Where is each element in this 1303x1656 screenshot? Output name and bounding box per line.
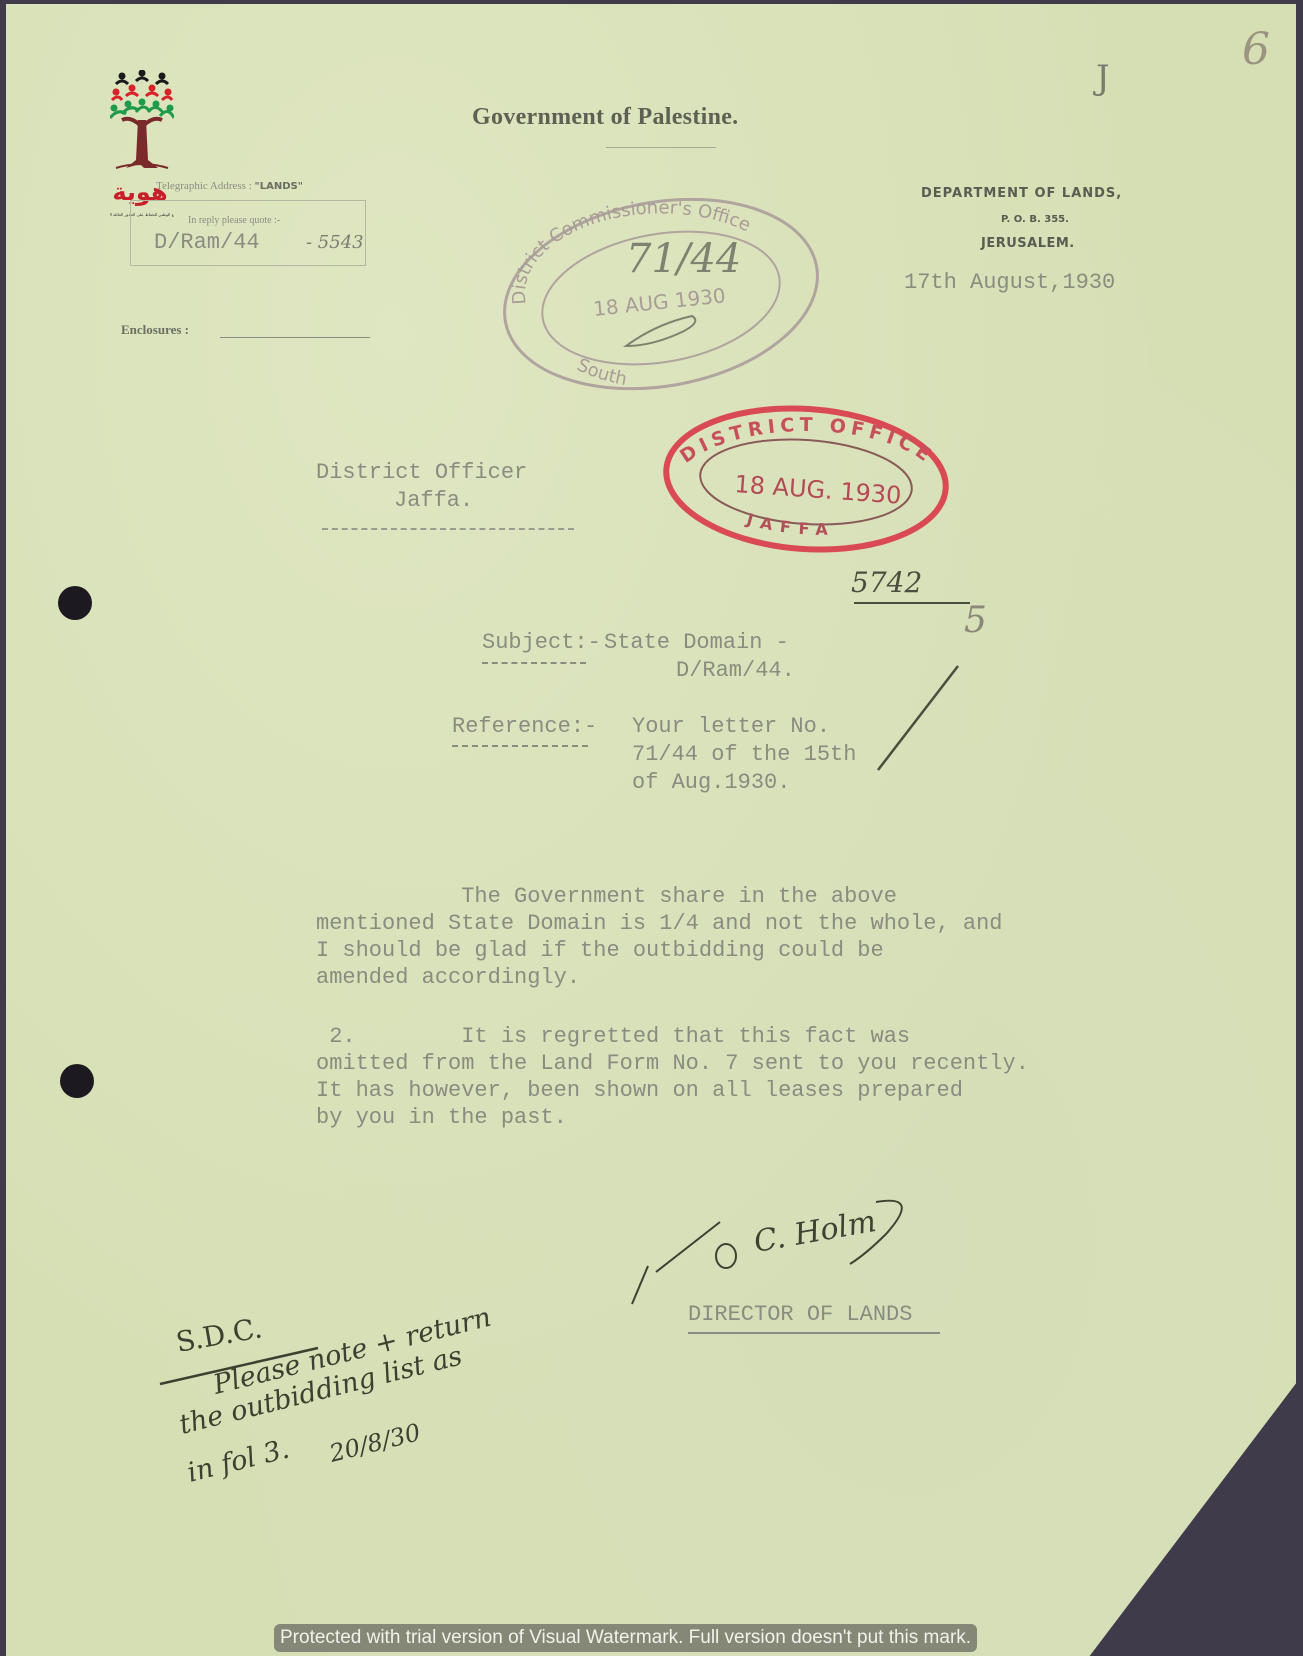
signer-title: DIRECTOR OF LANDS — [688, 1302, 912, 1327]
svg-text:in fol 3.: in fol 3. — [184, 1434, 292, 1489]
reply-reference-handwritten: - 5543 — [306, 232, 364, 253]
letterhead-title: Government of Palestine. — [472, 104, 738, 131]
reference-line-1: Your letter No. — [632, 714, 830, 739]
signature: C. Holm — [626, 1194, 946, 1314]
subject-line-2: D/Ram/44. — [676, 658, 795, 683]
body-paragraph-2-line: by you in the past. — [316, 1105, 567, 1130]
tree-logo-icon: هوية المشروع الوطني للحفاظ على الجذور ال… — [110, 70, 174, 220]
letter-page: هوية المشروع الوطني للحفاظ على الجذور ال… — [6, 4, 1296, 1656]
margin-mark: 5 — [964, 600, 987, 641]
body-paragraph-2-line: omitted from the Land Form No. 7 sent to… — [316, 1051, 1029, 1076]
svg-text:S.D.C.: S.D.C. — [173, 1311, 264, 1359]
handwritten-note: S.D.C. Please note + return the outbiddi… — [156, 1294, 576, 1524]
title-rule — [606, 147, 716, 148]
telegraphic-address: Telegraphic Address : "LANDS" — [156, 180, 303, 192]
commissioner-stamp: District Commissioner's Office South 18 … — [496, 194, 826, 394]
district-officer-stamp: DISTRICT OFFICE JAFFA 18 AUG. 1930 — [656, 394, 956, 564]
corner-mark-j: J — [1096, 58, 1110, 98]
po-box: P. O. B. 355. — [1001, 214, 1069, 225]
reply-reference: D/Ram/44 — [154, 230, 260, 255]
city: JERUSALEM. — [981, 236, 1075, 251]
body-paragraph-2-line: 2. It is regretted that this fact was — [316, 1024, 910, 1049]
reference-line-3: of Aug.1930. — [632, 770, 790, 795]
folio-number: 6 — [1242, 24, 1270, 75]
svg-text:18 AUG 1930: 18 AUG 1930 — [592, 283, 727, 321]
addressee-line-1: District Officer — [316, 460, 527, 485]
enclosures-line — [220, 337, 370, 338]
department-name: DEPARTMENT OF LANDS, — [921, 186, 1122, 201]
body-paragraph-1-line: I should be glad if the outbidding could… — [316, 938, 884, 963]
subject-label: Subject:- — [482, 630, 601, 655]
addressee-rule — [322, 528, 574, 530]
svg-text:20/8/30: 20/8/30 — [326, 1418, 424, 1468]
svg-text:C. Holm: C. Holm — [751, 1204, 878, 1260]
body-paragraph-1-line: The Government share in the above — [316, 884, 897, 909]
telegraphic-label: Telegraphic Address : — [156, 180, 252, 192]
svg-text:JAFFA: JAFFA — [744, 509, 836, 539]
letter-date: 17th August,1930 — [904, 270, 1115, 295]
punch-hole — [60, 1064, 94, 1098]
addressee-line-2: Jaffa. — [394, 488, 473, 513]
body-paragraph-2-line: It has however, been shown on all leases… — [316, 1078, 963, 1103]
telegraphic-value: "LANDS" — [255, 181, 303, 192]
body-paragraph-1-line: amended accordingly. — [316, 965, 580, 990]
body-paragraph-1-line: mentioned State Domain is 1/4 and not th… — [316, 911, 1003, 936]
margin-stroke — [874, 664, 964, 774]
svg-text:71/44: 71/44 — [626, 236, 741, 282]
reference-label: Reference:- — [452, 714, 597, 739]
svg-text:18 AUG. 1930: 18 AUG. 1930 — [734, 470, 903, 510]
watermark-banner: Protected with trial version of Visual W… — [274, 1624, 977, 1652]
signer-rule — [688, 1332, 940, 1334]
enclosures-label: Enclosures : — [121, 322, 189, 338]
registry-number: 5742 — [851, 566, 922, 599]
reply-label: In reply please quote :- — [188, 215, 280, 226]
reference-line-2: 71/44 of the 15th — [632, 742, 856, 767]
subject-line-1: State Domain - — [604, 630, 789, 655]
punch-hole — [58, 586, 92, 620]
reference-rule — [452, 745, 588, 747]
subject-rule — [482, 662, 586, 664]
registry-rule — [854, 602, 970, 604]
